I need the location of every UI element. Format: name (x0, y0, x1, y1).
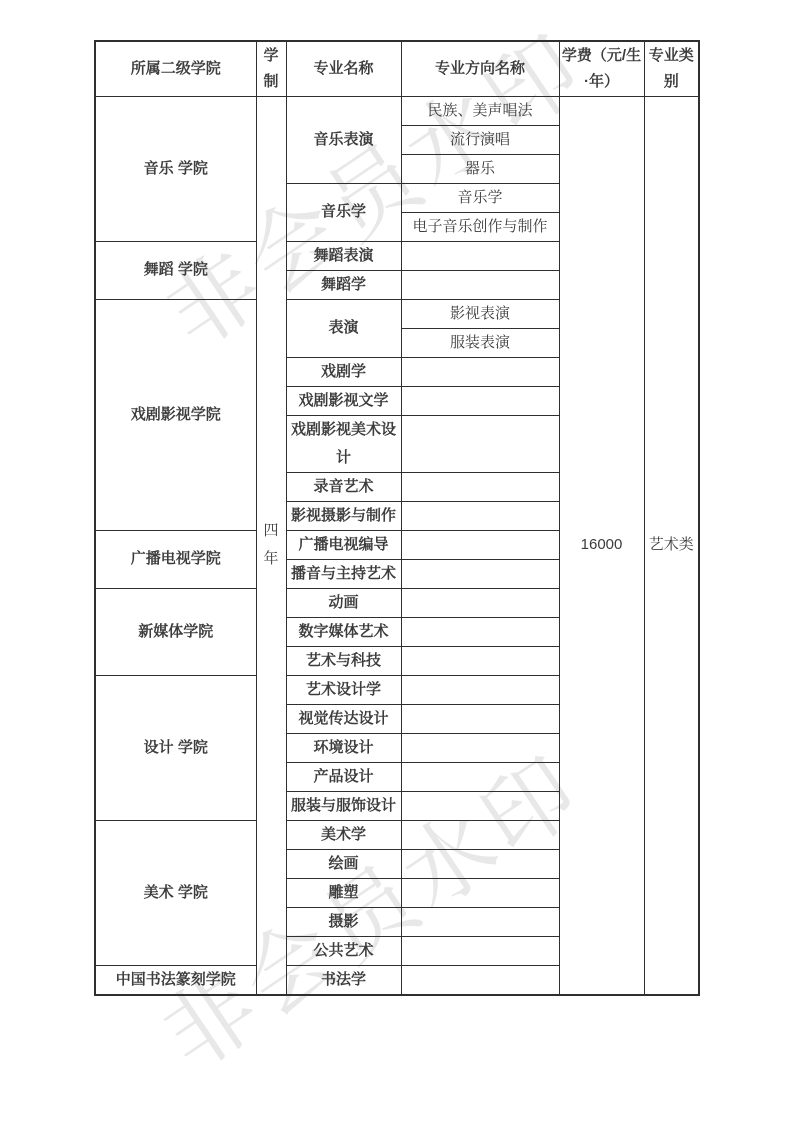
direction-cell (401, 849, 559, 878)
college-cell: 新媒体学院 (95, 588, 256, 675)
major-cell: 表演 (286, 299, 401, 357)
column-header-3: 专业方向名称 (401, 41, 559, 96)
direction-cell (401, 820, 559, 849)
column-header-0: 所属二级学院 (95, 41, 256, 96)
major-cell: 环境设计 (286, 733, 401, 762)
major-cell: 戏剧影视文学 (286, 386, 401, 415)
major-cell: 雕塑 (286, 878, 401, 907)
major-cell: 摄影 (286, 907, 401, 936)
college-cell: 广播电视学院 (95, 530, 256, 588)
direction-cell (401, 386, 559, 415)
major-cell: 绘画 (286, 849, 401, 878)
direction-cell: 器乐 (401, 154, 559, 183)
direction-cell: 流行演唱 (401, 125, 559, 154)
college-cell: 音乐 学院 (95, 96, 256, 241)
column-header-5: 专业类别 (644, 41, 699, 96)
major-cell: 艺术设计学 (286, 675, 401, 704)
direction-cell (401, 617, 559, 646)
direction-cell (401, 878, 559, 907)
column-header-4: 学费（元/生·年） (559, 41, 644, 96)
direction-cell: 音乐学 (401, 183, 559, 212)
major-cell: 戏剧影视美术设计 (286, 415, 401, 472)
major-cell: 影视摄影与制作 (286, 501, 401, 530)
direction-cell: 服装表演 (401, 328, 559, 357)
direction-cell (401, 675, 559, 704)
major-cell: 播音与主持艺术 (286, 559, 401, 588)
duration-cell: 四年 (256, 96, 286, 995)
category-cell: 艺术类 (644, 96, 699, 995)
major-cell: 书法学 (286, 965, 401, 995)
direction-cell (401, 357, 559, 386)
direction-cell (401, 704, 559, 733)
major-cell: 舞蹈学 (286, 270, 401, 299)
direction-cell (401, 965, 559, 995)
direction-cell (401, 241, 559, 270)
major-cell: 动画 (286, 588, 401, 617)
major-cell: 艺术与科技 (286, 646, 401, 675)
direction-cell (401, 791, 559, 820)
document-page: 非会员水印 非会员水印 所属二级学院学制专业名称专业方向名称学费（元/生·年）专… (0, 0, 793, 1122)
direction-cell (401, 530, 559, 559)
major-cell: 广播电视编导 (286, 530, 401, 559)
table-row: 音乐 学院四年音乐表演民族、美声唱法16000艺术类 (95, 96, 699, 125)
direction-cell (401, 588, 559, 617)
major-cell: 服装与服饰设计 (286, 791, 401, 820)
tuition-table: 所属二级学院学制专业名称专业方向名称学费（元/生·年）专业类别 音乐 学院四年音… (94, 40, 700, 996)
direction-cell (401, 472, 559, 501)
direction-cell (401, 936, 559, 965)
college-cell: 美术 学院 (95, 820, 256, 965)
college-cell: 戏剧影视学院 (95, 299, 256, 530)
major-cell: 美术学 (286, 820, 401, 849)
direction-cell (401, 559, 559, 588)
major-cell: 产品设计 (286, 762, 401, 791)
direction-cell (401, 762, 559, 791)
table-header-row: 所属二级学院学制专业名称专业方向名称学费（元/生·年）专业类别 (95, 41, 699, 96)
direction-cell (401, 646, 559, 675)
major-cell: 舞蹈表演 (286, 241, 401, 270)
college-cell: 中国书法篆刻学院 (95, 965, 256, 995)
direction-cell (401, 733, 559, 762)
direction-cell: 影视表演 (401, 299, 559, 328)
direction-cell: 电子音乐创作与制作 (401, 212, 559, 241)
major-cell: 视觉传达设计 (286, 704, 401, 733)
major-cell: 录音艺术 (286, 472, 401, 501)
major-cell: 音乐学 (286, 183, 401, 241)
major-cell: 音乐表演 (286, 96, 401, 183)
column-header-2: 专业名称 (286, 41, 401, 96)
major-cell: 戏剧学 (286, 357, 401, 386)
direction-cell: 民族、美声唱法 (401, 96, 559, 125)
column-header-1: 学制 (256, 41, 286, 96)
major-cell: 公共艺术 (286, 936, 401, 965)
direction-cell (401, 270, 559, 299)
direction-cell (401, 501, 559, 530)
direction-cell (401, 907, 559, 936)
direction-cell (401, 415, 559, 472)
fee-cell: 16000 (559, 96, 644, 995)
major-cell: 数字媒体艺术 (286, 617, 401, 646)
college-cell: 舞蹈 学院 (95, 241, 256, 299)
college-cell: 设计 学院 (95, 675, 256, 820)
